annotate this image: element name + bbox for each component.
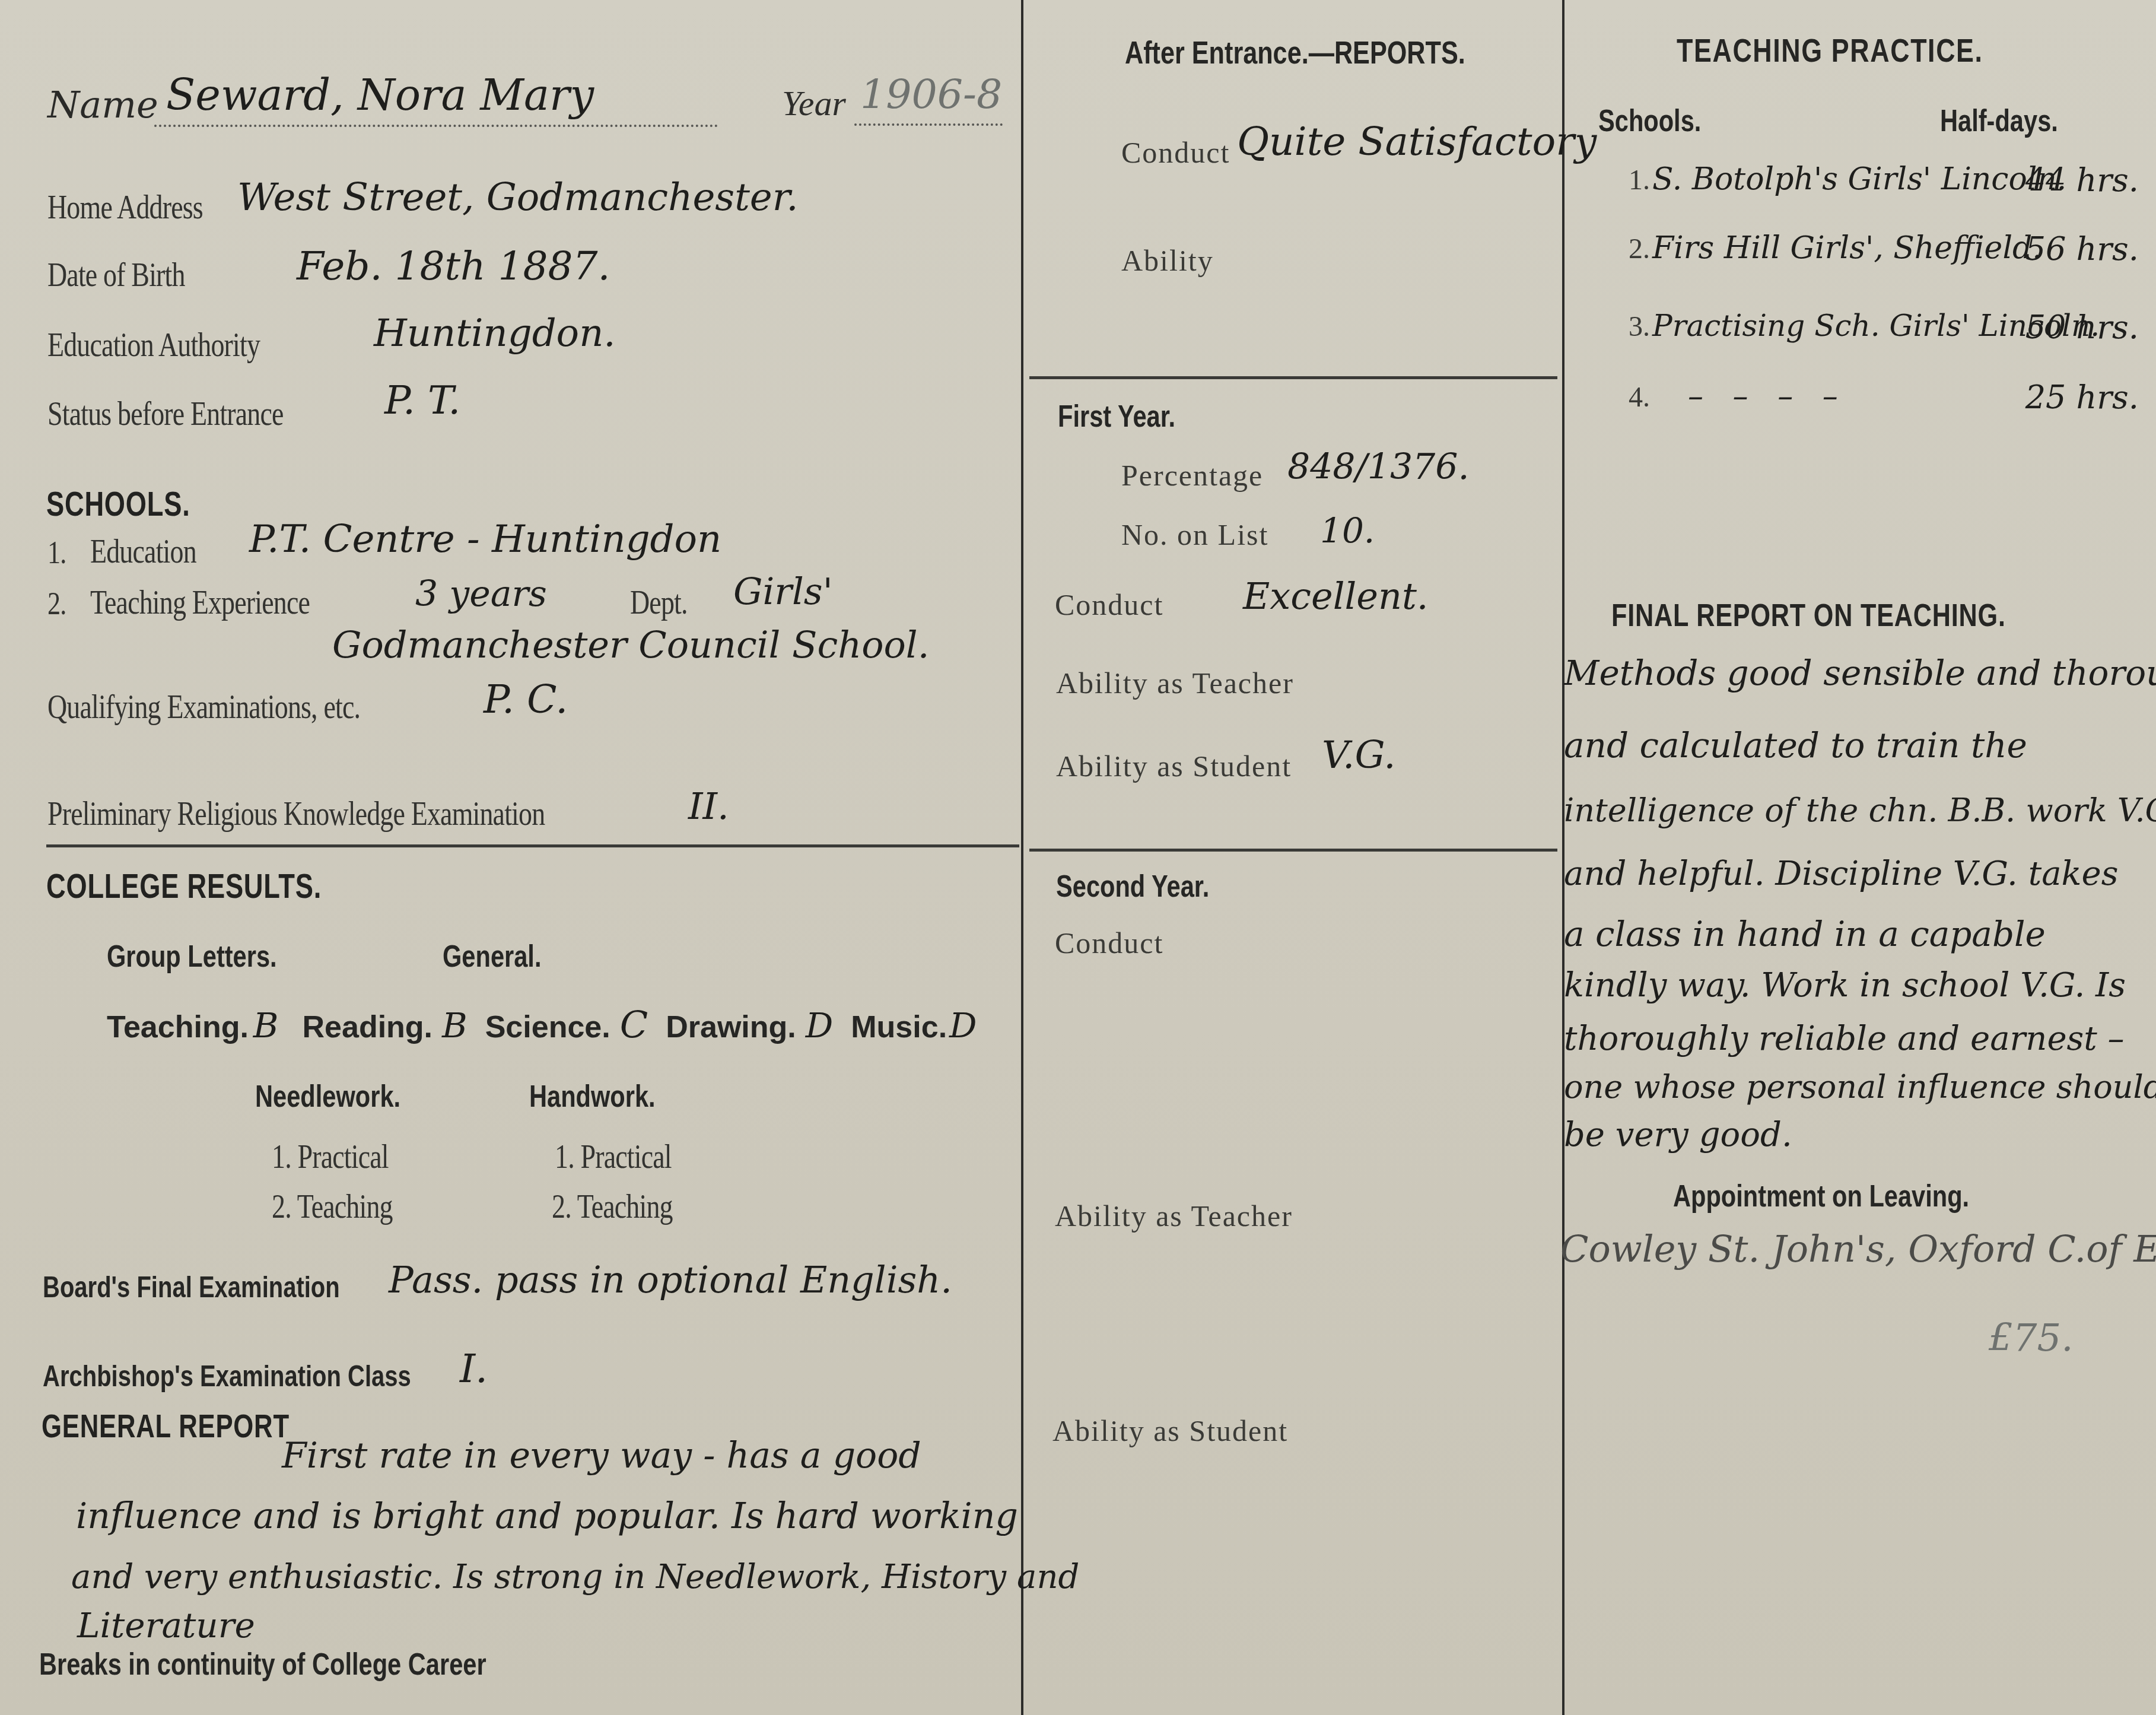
teaching-practice-heading: TEACHING PRACTICE. xyxy=(1677,31,1983,69)
education-authority-value: Huntingdon. xyxy=(374,312,616,355)
rule-left-college xyxy=(46,844,1019,847)
subject-music-grade: D xyxy=(949,1005,977,1046)
teaching-practice-row-1: 1. S. Botolph's Girls' Lincoln. 44 hrs. xyxy=(1629,161,2139,197)
status-before-entrance-label: Status before Entrance xyxy=(47,395,284,433)
home-address-value: West Street, Godmanchester. xyxy=(237,176,799,220)
group-letters-label: Group Letters. xyxy=(107,939,277,974)
first-year-percentage-value: 848/1376. xyxy=(1287,446,1470,488)
appointment-salary: £75. xyxy=(1989,1316,2074,1360)
archbishops-value: I. xyxy=(460,1346,488,1392)
boards-final-label: Board's Final Examination xyxy=(43,1270,340,1304)
row-half-days: 44 hrs. xyxy=(2025,161,2139,199)
second-year-conduct-label: Conduct xyxy=(1055,926,1163,960)
date-of-birth-value: Feb. 18th 1887. xyxy=(297,243,610,289)
teaching-practice-row-3: 3. Practising Sch. Girls' Lincoln. 50 hr… xyxy=(1629,309,2139,343)
needlework-label: Needlework. xyxy=(255,1079,400,1114)
second-year-ability-teacher-label: Ability as Teacher xyxy=(1055,1199,1293,1233)
first-year-conduct-value: Excellent. xyxy=(1243,574,1429,618)
general-report-line-2: influence and is bright and popular. Is … xyxy=(76,1495,1018,1537)
name-value: Seward, Nora Mary xyxy=(166,70,594,120)
after-entrance-heading: After Entrance.—REPORTS. xyxy=(1125,34,1465,71)
subject-teaching-grade: B xyxy=(253,1005,279,1046)
general-report-label: GENERAL REPORT xyxy=(42,1406,290,1445)
final-report-heading: FINAL REPORT ON TEACHING. xyxy=(1611,597,2006,634)
row-school: – – – – xyxy=(1688,379,1838,414)
dept-value: Girls' xyxy=(733,570,833,613)
rule-middle-first-year xyxy=(1029,376,1557,379)
teaching-practice-col-half-days: Half-days. xyxy=(1940,103,2058,139)
final-report-line-9: be very good. xyxy=(1564,1116,1792,1154)
dept-label: Dept. xyxy=(630,584,688,622)
needlework-item-teaching: 2. Teaching xyxy=(272,1188,393,1226)
subject-drawing-label: Drawing. xyxy=(666,1009,796,1045)
second-year-ability-student-label: Ability as Student xyxy=(1052,1414,1288,1448)
qualifying-examinations-value: P. C. xyxy=(484,677,568,722)
education-authority-label: Education Authority xyxy=(47,326,260,364)
schools-education-label: Education xyxy=(90,533,196,571)
after-entrance-conduct-label: Conduct xyxy=(1121,135,1230,170)
final-report-line-6: kindly way. Work in school V.G. Is xyxy=(1564,966,2126,1005)
second-year-heading: Second Year. xyxy=(1056,869,1209,904)
after-entrance-ability-label: Ability xyxy=(1121,243,1214,278)
row-half-days: 25 hrs. xyxy=(2025,379,2139,416)
subject-grades-row: Teaching. B Reading. B Science. C Drawin… xyxy=(107,1003,977,1046)
subject-reading-grade: B xyxy=(442,1005,468,1046)
home-address-label: Home Address xyxy=(47,189,203,227)
general-report-line-1: First rate in every way - has a good xyxy=(282,1435,921,1476)
first-year-conduct-label: Conduct xyxy=(1055,587,1163,622)
date-of-birth-label: Date of Birth xyxy=(47,256,185,294)
row-number: 1. xyxy=(1629,164,1650,196)
teaching-experience-value: 3 years xyxy=(415,573,547,615)
teaching-experience-label: Teaching Experience xyxy=(90,584,310,622)
teaching-practice-row-4: 4. – – – – 25 hrs. xyxy=(1629,379,2139,414)
first-year-percentage-label: Percentage xyxy=(1121,458,1263,493)
teaching-practice-row-2: 2. Firs Hill Girls', Sheffield. 56 hrs. xyxy=(1629,230,2139,266)
final-report-line-1: Methods good sensible and thorough xyxy=(1564,653,2156,693)
archbishops-label: Archbishop's Examination Class xyxy=(43,1359,411,1393)
row-school: S. Botolph's Girls' Lincoln. xyxy=(1652,161,2066,197)
subject-reading-label: Reading. xyxy=(302,1009,433,1045)
final-report-line-2: and calculated to train the xyxy=(1564,725,2027,766)
first-year-ability-student-label: Ability as Student xyxy=(1056,749,1292,783)
rule-middle-second-year xyxy=(1029,849,1557,852)
final-report-line-7: thoroughly reliable and earnest – xyxy=(1564,1020,2125,1058)
first-year-no-on-list-label: No. on List xyxy=(1121,517,1268,552)
column-divider-left xyxy=(1021,0,1023,1715)
name-field: Name xyxy=(47,83,158,126)
name-dotted-line xyxy=(154,125,718,127)
year-dotted-line xyxy=(854,123,1003,126)
first-year-heading: First Year. xyxy=(1058,399,1175,434)
college-results-heading: COLLEGE RESULTS. xyxy=(46,866,322,906)
handwork-label: Handwork. xyxy=(529,1079,656,1114)
row-number: 2. xyxy=(1629,233,1650,265)
first-year-ability-teacher-label: Ability as Teacher xyxy=(1056,666,1294,700)
preliminary-religious-value: II. xyxy=(688,785,729,828)
row-half-days: 50 hrs. xyxy=(2025,309,2139,346)
name-label: Name xyxy=(47,83,158,126)
subject-music-label: Music. xyxy=(851,1009,947,1045)
handwork-item-practical: 1. Practical xyxy=(555,1138,672,1176)
handwork-item-teaching: 2. Teaching xyxy=(552,1188,673,1226)
breaks-label: Breaks in continuity of College Career xyxy=(39,1647,486,1682)
year-label: Year xyxy=(782,83,846,124)
schools-heading: SCHOOLS. xyxy=(46,484,190,524)
subject-teaching-label: Teaching. xyxy=(107,1009,249,1045)
row-number: 4. xyxy=(1629,382,1650,413)
row-number: 3. xyxy=(1629,311,1650,342)
subject-drawing-grade: D xyxy=(806,1005,834,1046)
final-report-line-3: intelligence of the chn. B.B. work V.G. xyxy=(1564,792,2156,829)
record-card: Name Seward, Nora Mary Year 1906-8 Home … xyxy=(0,0,2156,1715)
teaching-experience-school: Godmanchester Council School. xyxy=(332,623,929,666)
final-report-line-4: and helpful. Discipline V.G. takes xyxy=(1564,855,2118,893)
qualifying-examinations-label: Qualifying Examinations, etc. xyxy=(47,688,360,726)
row-half-days: 56 hrs. xyxy=(2025,230,2139,268)
needlework-item-practical: 1. Practical xyxy=(272,1138,389,1176)
general-report-line-3: and very enthusiastic. Is strong in Need… xyxy=(71,1558,1079,1596)
teaching-experience-number: 2. xyxy=(47,585,66,622)
final-report-line-5: a class in hand in a capable xyxy=(1564,914,2046,954)
general-label: General. xyxy=(443,939,541,974)
subject-science-grade: C xyxy=(620,1003,648,1046)
appointment-heading: Appointment on Leaving. xyxy=(1673,1179,1969,1214)
final-report-line-8: one whose personal influence should xyxy=(1564,1068,2156,1106)
boards-final-value: Pass. pass in optional English. xyxy=(389,1258,952,1301)
schools-education-number: 1. xyxy=(47,534,66,571)
row-school: Firs Hill Girls', Sheffield. xyxy=(1652,230,2042,266)
first-year-no-on-list-value: 10. xyxy=(1320,510,1375,551)
year-value: 1906-8 xyxy=(860,71,1002,118)
schools-education-value: P.T. Centre - Huntingdon xyxy=(249,517,721,561)
preliminary-religious-label: Preliminary Religious Knowledge Examinat… xyxy=(47,795,545,833)
subject-science-label: Science. xyxy=(485,1009,610,1045)
teaching-practice-col-schools: Schools. xyxy=(1598,103,1701,139)
after-entrance-conduct-value: Quite Satisfactory xyxy=(1237,119,1597,164)
status-before-entrance-value: P. T. xyxy=(384,377,460,423)
first-year-ability-student-value: V.G. xyxy=(1322,733,1396,777)
general-report-line-4: Literature xyxy=(77,1605,255,1646)
appointment-value: Cowley St. John's, Oxford C.of E. xyxy=(1560,1227,2156,1271)
